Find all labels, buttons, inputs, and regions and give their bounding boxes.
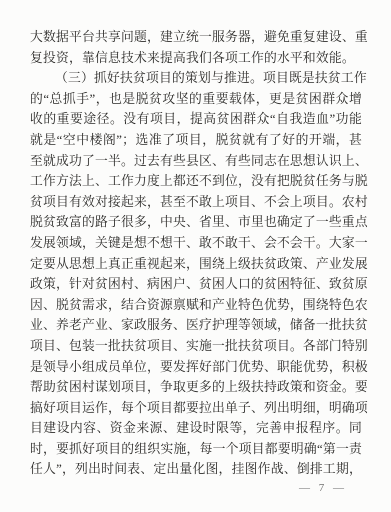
text-line: 业、养老产业、家政服务、医疗护理等领域，储备一批扶贫 [30, 315, 362, 336]
text-line: 项目、包装一批扶贫项目、实施一批扶贫项目。各部门特别 [30, 336, 362, 357]
text-line: 复投资，靠信息技术来提高我们各项工作的水平和效能。 [30, 48, 362, 69]
text-line: 收的重要途径。没有项目，提高贫困群众“自我造血”功能 [30, 109, 362, 130]
body-text: 大数据平台共享问题，建立统一服务器，避免重复建设、重 复投资，靠信息技术来提高我… [30, 27, 362, 480]
text-line: 脱贫致富的路子很多，中央、省里、市里也确定了一些重点 [30, 212, 362, 233]
text-line: 定要从思想上真正重视起来，围绕上级扶贫政策、产业发展 [30, 254, 362, 275]
text-line: 搞好项目运作，每个项目都要拉出单子、列出明细，明确项 [30, 398, 362, 419]
text-line: 政策，针对贫困村、病困户、贫困人口的贫困特征、致贫原 [30, 274, 362, 295]
text-line: 至就成功了一半。过去有些县区、有些同志在思想认识上、 [30, 151, 362, 172]
text-line: 发展领域，关键是想不想干、敢不敢干、会不会干。大家一 [30, 233, 362, 254]
text-line: 目建设内容、资金来源、建设时限等，完善申报程序。同 [30, 418, 362, 439]
text-line: 的“总抓手”，也是脱贫攻坚的重要载体，更是贫困群众增 [30, 89, 362, 110]
text-line: 帮助贫困村谋划项目，争取更多的上级扶持政策和资金。要 [30, 377, 362, 398]
document-page: 大数据平台共享问题，建立统一服务器，避免重复建设、重 复投资，靠信息技术来提高我… [0, 0, 391, 512]
text-line: 时，要抓好项目的组织实施，每一个项目都要明确“第一责 [30, 439, 362, 460]
text-line: 贫项目有效对接起来，甚至不敢上项目、不会上项目。农村 [30, 192, 362, 213]
text-line: 任人”，列出时间表、定出量化图，挂图作战、倒排工期， [30, 459, 362, 480]
text-line: 大数据平台共享问题，建立统一服务器，避免重复建设、重 [30, 27, 362, 48]
text-line: 就是“空中楼阁”；选准了项目，脱贫就有了好的开端，甚 [30, 130, 362, 151]
text-line: 是领导小组成员单位，要发挥好部门优势、职能优势，积极 [30, 357, 362, 378]
text-line: 工作方法上、工作力度上都还不到位，没有把脱贫任务与脱 [30, 171, 362, 192]
text-line: （三）抓好扶贫项目的策划与推进。项目既是扶贫工作 [30, 68, 362, 89]
page-number: — 7 — [299, 481, 347, 495]
text-line: 因、脱贫需求，结合资源禀赋和产业特色优势，围绕特色农 [30, 295, 362, 316]
